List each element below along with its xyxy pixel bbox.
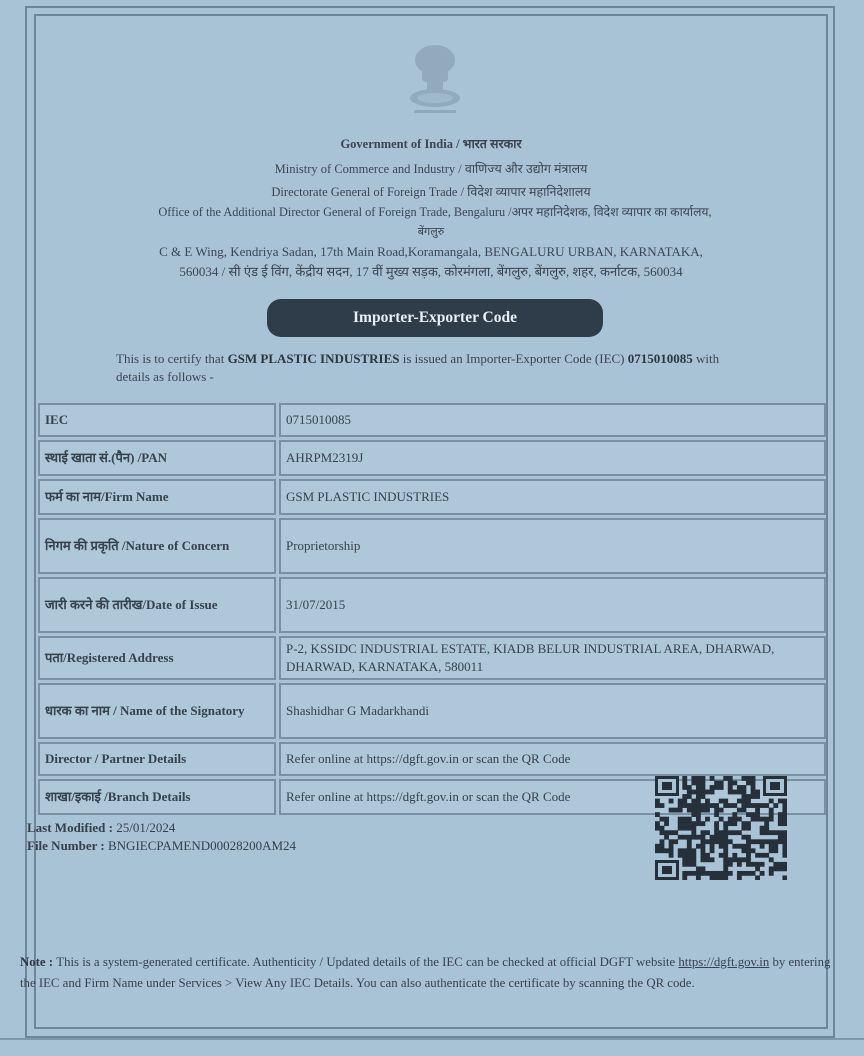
file-number-label: File Number :	[27, 838, 108, 853]
row-value: AHRPM2319J	[279, 440, 826, 476]
row-value: 0715010085	[279, 403, 826, 437]
document-title-badge: Importer-Exporter Code	[267, 299, 603, 337]
row-label: जारी करने की तारीख/Date of Issue	[38, 577, 276, 633]
certification-statement: This is to certify that GSM PLASTIC INDU…	[116, 350, 756, 386]
row-label: स्थाई खाता सं.(पैन) /PAN	[38, 440, 276, 476]
file-number-value: BNGIECPAMEND00028200AM24	[108, 838, 296, 853]
row-label: पता/Registered Address	[38, 636, 276, 680]
last-modified-label: Last Modified :	[27, 820, 116, 835]
note-text-part1: This is a system-generated certificate. …	[56, 955, 678, 969]
row-label: IEC	[38, 403, 276, 437]
details-table: IEC 0715010085 स्थाई खाता सं.(पैन) /PAN …	[35, 400, 829, 818]
bottom-divider	[0, 1038, 864, 1040]
dgft-link[interactable]: https://dgft.gov.in	[678, 955, 769, 969]
table-row-director-details: Director / Partner Details Refer online …	[38, 742, 826, 776]
table-row-nature-of-concern: निगम की प्रकृति /Nature of Concern Propr…	[38, 518, 826, 574]
last-modified-value: 25/01/2024	[116, 820, 175, 835]
row-label: Director / Partner Details	[38, 742, 276, 776]
row-value: 31/07/2015	[279, 577, 826, 633]
row-label: धारक का नाम / Name of the Signatory	[38, 683, 276, 739]
row-value: GSM PLASTIC INDUSTRIES	[279, 479, 826, 515]
file-number: File Number : BNGIECPAMEND00028200AM24	[27, 837, 296, 855]
government-title: Government of India / भारत सरकार	[35, 135, 827, 152]
row-label: फर्म का नाम/Firm Name	[38, 479, 276, 515]
footer-meta: Last Modified : 25/01/2024 File Number :…	[27, 819, 296, 855]
row-value: P-2, KSSIDC INDUSTRIAL ESTATE, KIADB BEL…	[279, 636, 826, 680]
row-value: Shashidhar G Madarkhandi	[279, 683, 826, 739]
note-text: Note : This is a system-generated certif…	[20, 952, 840, 994]
certify-prefix: This is to certify that	[116, 351, 228, 366]
certify-iec: 0715010085	[628, 351, 693, 366]
row-value: Proprietorship	[279, 518, 826, 574]
table-row-signatory: धारक का नाम / Name of the Signatory Shas…	[38, 683, 826, 739]
table-row-pan: स्थाई खाता सं.(पैन) /PAN AHRPM2319J	[38, 440, 826, 476]
directorate-line: Directorate General of Foreign Trade / व…	[35, 183, 827, 200]
office-address-line1: C & E Wing, Kendriya Sadan, 17th Main Ro…	[35, 244, 827, 260]
certify-firm-name: GSM PLASTIC INDUSTRIES	[228, 351, 400, 366]
table-row-registered-address: पता/Registered Address P-2, KSSIDC INDUS…	[38, 636, 826, 680]
table-row-iec: IEC 0715010085	[38, 403, 826, 437]
table-row-firm-name: फर्म का नाम/Firm Name GSM PLASTIC INDUST…	[38, 479, 826, 515]
row-label: निगम की प्रकृति /Nature of Concern	[38, 518, 276, 574]
row-label: शाखा/इकाई /Branch Details	[38, 779, 276, 815]
office-city: बेंगलुरु	[35, 224, 827, 239]
national-emblem-icon	[400, 38, 470, 118]
note-label: Note :	[20, 955, 56, 969]
table-row-date-of-issue: जारी करने की तारीख/Date of Issue 31/07/2…	[38, 577, 826, 633]
row-value: Refer online at https://dgft.gov.in or s…	[279, 742, 826, 776]
certify-middle: is issued an Importer-Exporter Code (IEC…	[400, 351, 628, 366]
qr-code-icon[interactable]	[655, 776, 787, 880]
last-modified: Last Modified : 25/01/2024	[27, 819, 296, 837]
office-address-line2: 560034 / सी एंड ई विंग, केंद्रीय सदन, 17…	[35, 262, 827, 280]
office-line: Office of the Additional Director Genera…	[30, 203, 840, 220]
ministry-line: Ministry of Commerce and Industry / वाणि…	[35, 160, 827, 177]
